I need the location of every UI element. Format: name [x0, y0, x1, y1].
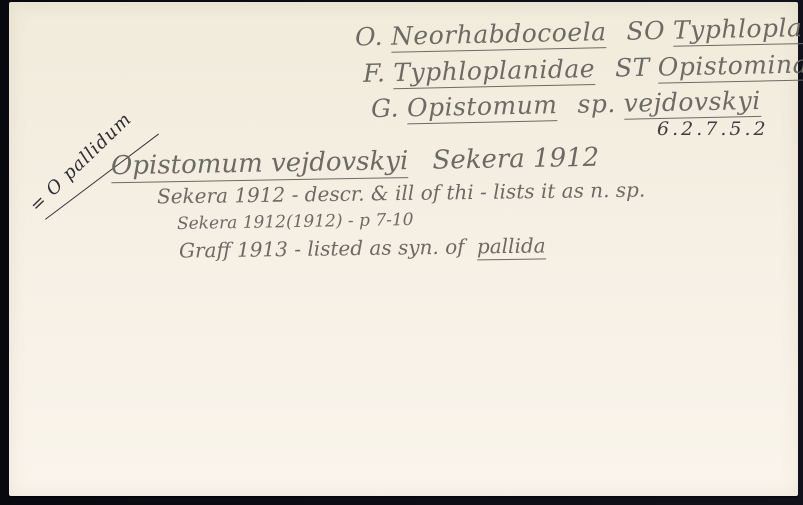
- scanned-card-photo: O. Neorhabdocoela SO Typhloplanoida F. T…: [0, 0, 803, 505]
- synonym-species-name: pallida: [477, 233, 546, 260]
- index-card: O. Neorhabdocoela SO Typhloplanoida F. T…: [9, 2, 798, 496]
- taxon-name-species: vejdovskyi: [623, 86, 761, 120]
- rank-abbrev-subfamily: ST: [615, 53, 650, 83]
- taxon-name-subfamily: Opistominae: [658, 49, 803, 83]
- classification-row-order: O. Neorhabdocoela SO Typhloplanoida: [355, 12, 803, 54]
- reference-note-sekera-descr: Sekera 1912 - descr. & ill of thi - list…: [157, 178, 646, 209]
- rank-abbrev-suborder: SO: [626, 16, 665, 46]
- species-authority: Sekera 1912: [432, 143, 599, 176]
- species-heading: Opistomum vejdovskyi Sekera 1912: [111, 143, 600, 182]
- classification-row-family: F. Typhloplanidae ST Opistominae: [363, 49, 803, 90]
- catalog-number: 6.2.7.5.2: [657, 118, 769, 140]
- reference-note-sekera-pages: Sekera 1912(1912) - p 7-10: [177, 210, 414, 234]
- species-name: Opistomum vejdovskyi: [111, 146, 409, 183]
- taxon-name-suborder: Typhloplanoida: [673, 12, 803, 47]
- rank-abbrev-species: sp.: [577, 89, 616, 119]
- rank-abbrev-order: O.: [355, 22, 384, 52]
- reference-note-graff-synonym: Graff 1913 - listed as syn. of pallida: [179, 233, 546, 262]
- taxon-name-genus: Opistomum: [407, 90, 558, 124]
- rank-abbrev-genus: G.: [371, 93, 400, 123]
- taxon-name-family: Typhloplanidae: [393, 54, 595, 89]
- taxon-name-order: Neorhabdocoela: [391, 17, 607, 53]
- reference-note-graff-text: Graff 1913 - listed as syn. of: [179, 235, 465, 263]
- rank-abbrev-family: F.: [363, 58, 386, 87]
